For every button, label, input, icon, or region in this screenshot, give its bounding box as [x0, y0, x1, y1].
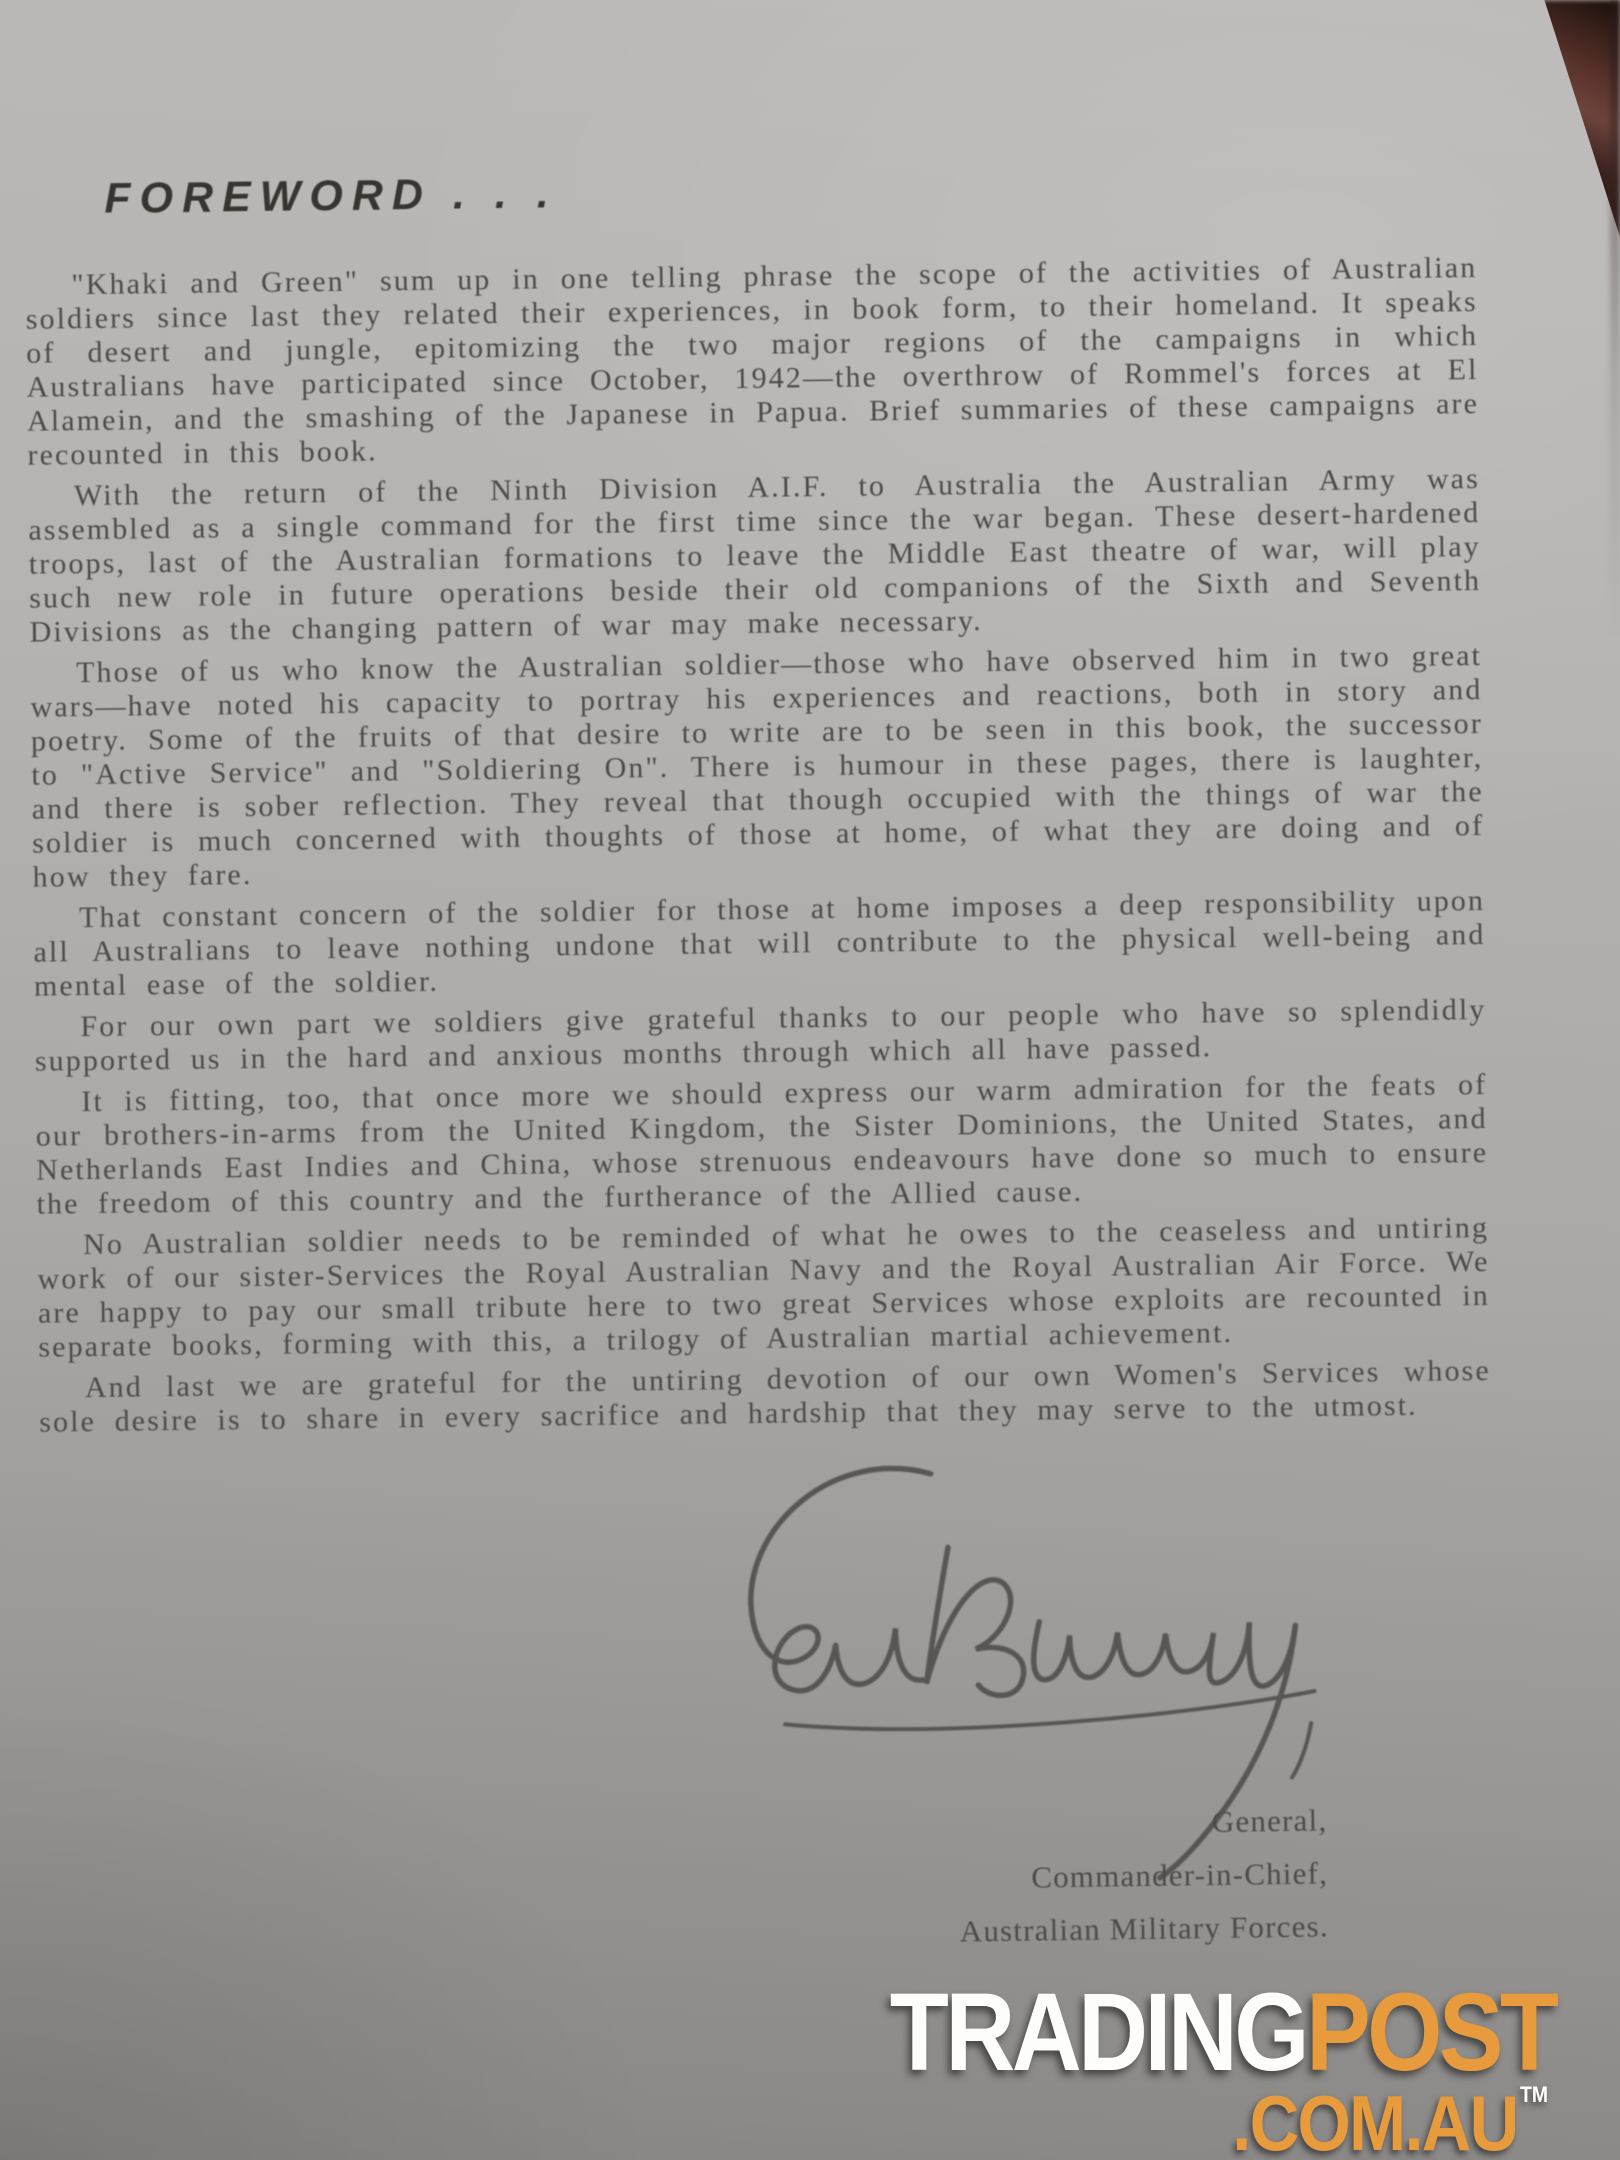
signature-stroke	[924, 1546, 1024, 1696]
photo-of-book-page: FOREWORD . . . "Khaki and Green" sum up …	[0, 0, 1620, 2160]
paragraph-5: For our own part we soldiers give gratef…	[34, 993, 1487, 1079]
signoff-rank: General,	[958, 1793, 1328, 1851]
page-title: FOREWORD . . .	[104, 158, 1476, 224]
paragraph-6: It is fitting, too, that once more we sh…	[35, 1068, 1489, 1222]
signature-flourish	[1291, 1723, 1312, 1777]
foreword-body: "Khaki and Green" sum up in one telling …	[25, 251, 1491, 1440]
watermark-domain-line: .COM.AUTM	[890, 2084, 1548, 2160]
watermark-logo: TRADINGPOST	[890, 1978, 1548, 2088]
paragraph-7: No Australian soldier needs to be remind…	[37, 1211, 1491, 1365]
signature-block: General, Commander-in-Chief, Australian …	[958, 1793, 1329, 1957]
tradingpost-watermark: TRADINGPOST .COM.AUTM	[800, 1978, 1548, 2160]
paragraph-1: "Khaki and Green" sum up in one telling …	[25, 251, 1479, 473]
signoff-title: Commander-in-Chief,	[959, 1846, 1329, 1904]
foreword-page: FOREWORD . . . "Khaki and Green" sum up …	[24, 158, 1491, 1447]
background-corner	[1536, 0, 1620, 252]
signature-stroke	[835, 1628, 922, 1685]
paragraph-4: That constant concern of the soldier for…	[33, 884, 1486, 1004]
paragraph-3: Those of us who know the Australian sold…	[30, 639, 1485, 895]
signature-stroke	[749, 1468, 935, 1692]
signature-stroke	[1033, 1617, 1296, 1690]
signoff-organisation: Australian Military Forces.	[959, 1899, 1329, 1957]
page-edge-shadow	[1610, 0, 1620, 640]
watermark-post-text: POST	[1306, 1971, 1555, 2094]
watermark-domain-text: .COM.AU	[1232, 2079, 1517, 2160]
signature-underline	[785, 1691, 1315, 1731]
watermark-trading-text: TRADING	[890, 1971, 1306, 2094]
paragraph-2: With the return of the Ninth Division A.…	[28, 462, 1482, 650]
watermark-trademark-symbol: TM	[1520, 2082, 1548, 2107]
